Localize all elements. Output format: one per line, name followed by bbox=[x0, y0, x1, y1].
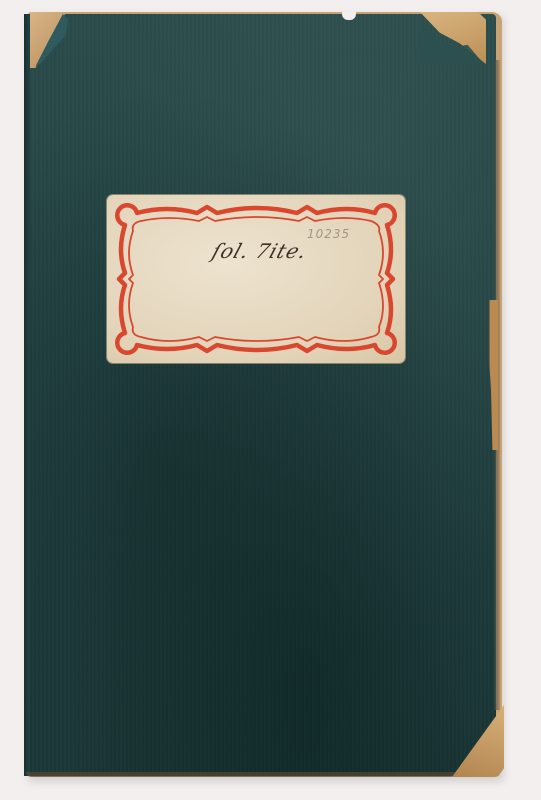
cover-label: 10235 ſol. 7ite. bbox=[107, 195, 405, 363]
bottom-edge bbox=[26, 772, 456, 777]
label-ornate-border bbox=[107, 195, 405, 363]
spine-edge bbox=[24, 14, 30, 776]
notebook-photo: 10235 ſol. 7ite. bbox=[0, 0, 541, 800]
pencil-number: 10235 bbox=[307, 227, 350, 241]
handwritten-title: ſol. 7ite. bbox=[209, 239, 311, 263]
notebook-cover bbox=[24, 14, 496, 776]
